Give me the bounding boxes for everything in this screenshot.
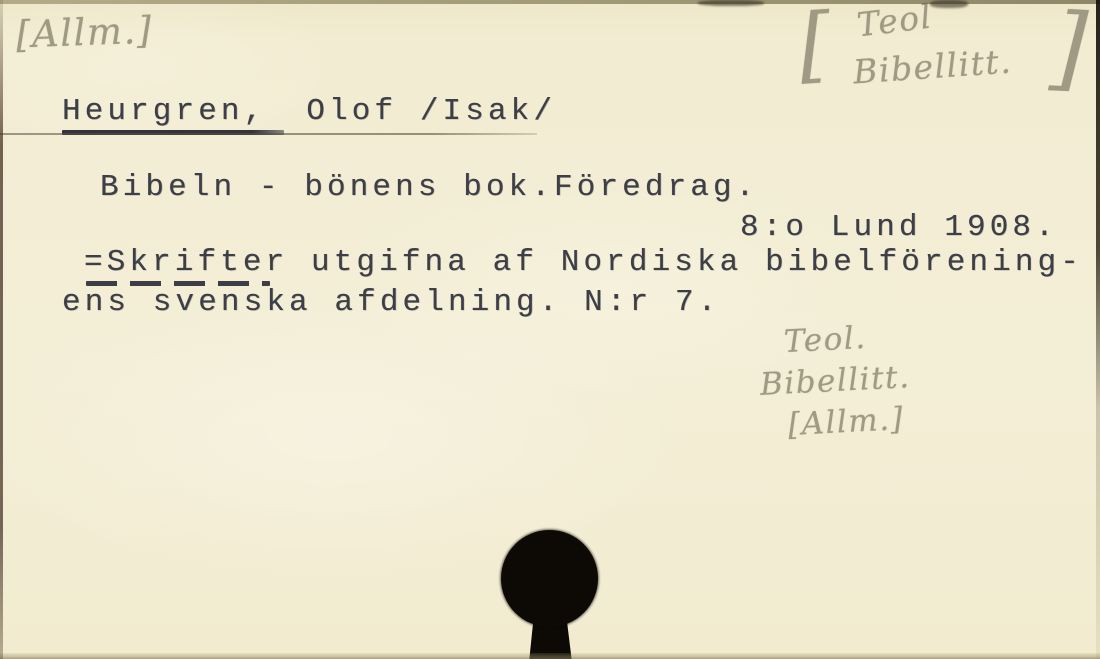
- pencil-note-side-line1: Teol.: [783, 323, 867, 358]
- pencil-note-side-line3: [Allm.]: [787, 404, 905, 441]
- pencil-note-side-line2: Bibellitt.: [759, 362, 911, 401]
- pencil-note-top-right-line2: Bibellitt.: [852, 44, 1013, 88]
- author-surname: Heurgren,: [62, 96, 266, 127]
- pencil-note-top-right: [ Teol Bibellitt. ]: [795, 2, 1090, 106]
- bracket-close-glyph: ]: [1048, 1, 1090, 95]
- punch-hole-circle: [501, 530, 598, 627]
- catalog-card: [Allm.] [ Teol Bibellitt. ] Heurgren, Ol…: [0, 0, 1100, 659]
- top-edge-smudge-2: [930, 0, 968, 8]
- heading-author: Heurgren, Olof /Isak/: [62, 96, 556, 127]
- imprint-line: 8:o Lund 1908.: [740, 212, 1058, 243]
- bracket-open-glyph: [: [796, 3, 835, 87]
- series-line-2: ens svenska afdelning. N:r 7.: [62, 287, 720, 318]
- card-edge-left: [0, 0, 3, 659]
- pencil-note-top-right-line1: Teol: [855, 0, 934, 41]
- author-forename: Olof /Isak/: [306, 96, 556, 127]
- top-edge-smudge-1: [698, 0, 764, 6]
- series-line-1: =Skrifter utgifna af Nordiska bibelfören…: [84, 247, 1083, 278]
- heading-pencil-rule: [0, 133, 537, 135]
- pencil-note-top-left: [Allm.]: [15, 12, 153, 54]
- card-edge-right: [1096, 0, 1100, 659]
- title-line: Bibeln - bönens bok.Föredrag.: [100, 172, 758, 203]
